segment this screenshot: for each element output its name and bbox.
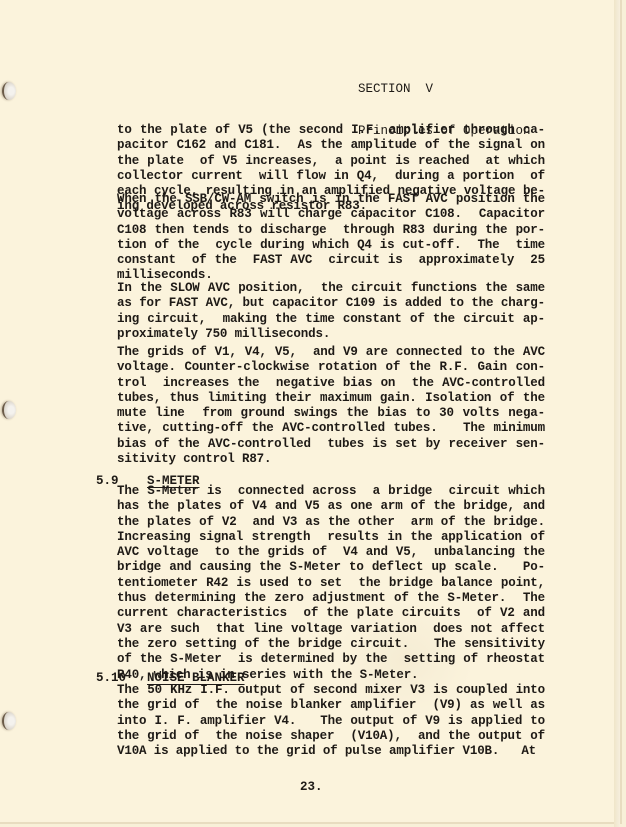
section-label: SECTION V [358,82,531,96]
text-line: trol increases the negative bias on the … [117,376,545,391]
document-page: SECTION V Principles of Operation to the… [0,0,622,824]
text-line: The 50 KHz I.F. output of second mixer V… [117,683,545,698]
page-number: 23. [300,780,323,794]
text-line: ing circuit, making the time constant of… [117,312,545,327]
binder-hole-icon [2,82,16,100]
text-line: the zero setting of the bridge circuit. … [117,637,545,652]
text-line: pacitor C162 and C181. As the amplitude … [117,138,545,153]
paragraph-fast-avc: When the SSB/CW-AM switch is in the FAST… [117,192,545,284]
text-line: In the SLOW AVC position, the circuit fu… [117,281,545,296]
text-line: current characteristics of the plate cir… [117,606,545,621]
text-line: the grid of the noise blanker amplifier … [117,698,545,713]
text-line: the grid of the noise shaper (V10A), and… [117,729,545,744]
text-line: tentiometer R42 is used to set the bridg… [117,576,545,591]
text-line: collector current will flow in Q4, durin… [117,169,545,184]
text-line: proximately 750 milliseconds. [117,327,545,342]
text-line: Increasing signal strength results in th… [117,530,545,545]
text-line: voltage across R83 will charge capacitor… [117,207,545,222]
paragraph-avc-grids: The grids of V1, V4, V5, and V9 are conn… [117,345,545,467]
text-line: AVC voltage to the grids of V4 and V5, u… [117,545,545,560]
text-line: When the SSB/CW-AM switch is in the FAST… [117,192,545,207]
text-line: into I. F. amplifier V4. The output of V… [117,714,545,729]
text-line: V10A is applied to the grid of pulse amp… [117,744,545,759]
text-line: mute line from ground swings the bias to… [117,406,545,421]
text-line: bias of the AVC-controlled tubes is set … [117,437,545,452]
text-line: the plate of V5 increases, a point is re… [117,154,545,169]
paragraph-s-meter: The S-Meter is connected across a bridge… [117,484,545,683]
text-line: bridge and causing the S-Meter to deflec… [117,560,545,575]
text-line: C108 then tends to discharge through R83… [117,223,545,238]
binder-hole-icon [2,401,16,419]
text-line: as for FAST AVC, but capacitor C109 is a… [117,296,545,311]
text-line: The S-Meter is connected across a bridge… [117,484,545,499]
text-line: thus determining the zero adjustment of … [117,591,545,606]
text-line: has the plates of V4 and V5 as one arm o… [117,499,545,514]
paragraph-slow-avc: In the SLOW AVC position, the circuit fu… [117,281,545,342]
text-line: voltage. Counter-clockwise rotation of t… [117,360,545,375]
text-line: the plates of V2 and V3 as the other arm… [117,515,545,530]
text-line: tion of the cycle during which Q4 is cut… [117,238,545,253]
text-line: tubes, thus limiting their maximum gain.… [117,391,545,406]
paragraph-noise-blanker: The 50 KHz I.F. output of second mixer V… [117,683,545,759]
binder-hole-icon [2,712,16,730]
text-line: to the plate of V5 (the second I.F. ampl… [117,123,545,138]
text-line: V3 are such that line voltage variation … [117,622,545,637]
text-line: The grids of V1, V4, V5, and V9 are conn… [117,345,545,360]
text-line: tive, cutting-off the AVC-controlled tub… [117,421,545,436]
page-edge [614,0,620,827]
text-line: constant of the FAST AVC circuit is appr… [117,253,545,268]
